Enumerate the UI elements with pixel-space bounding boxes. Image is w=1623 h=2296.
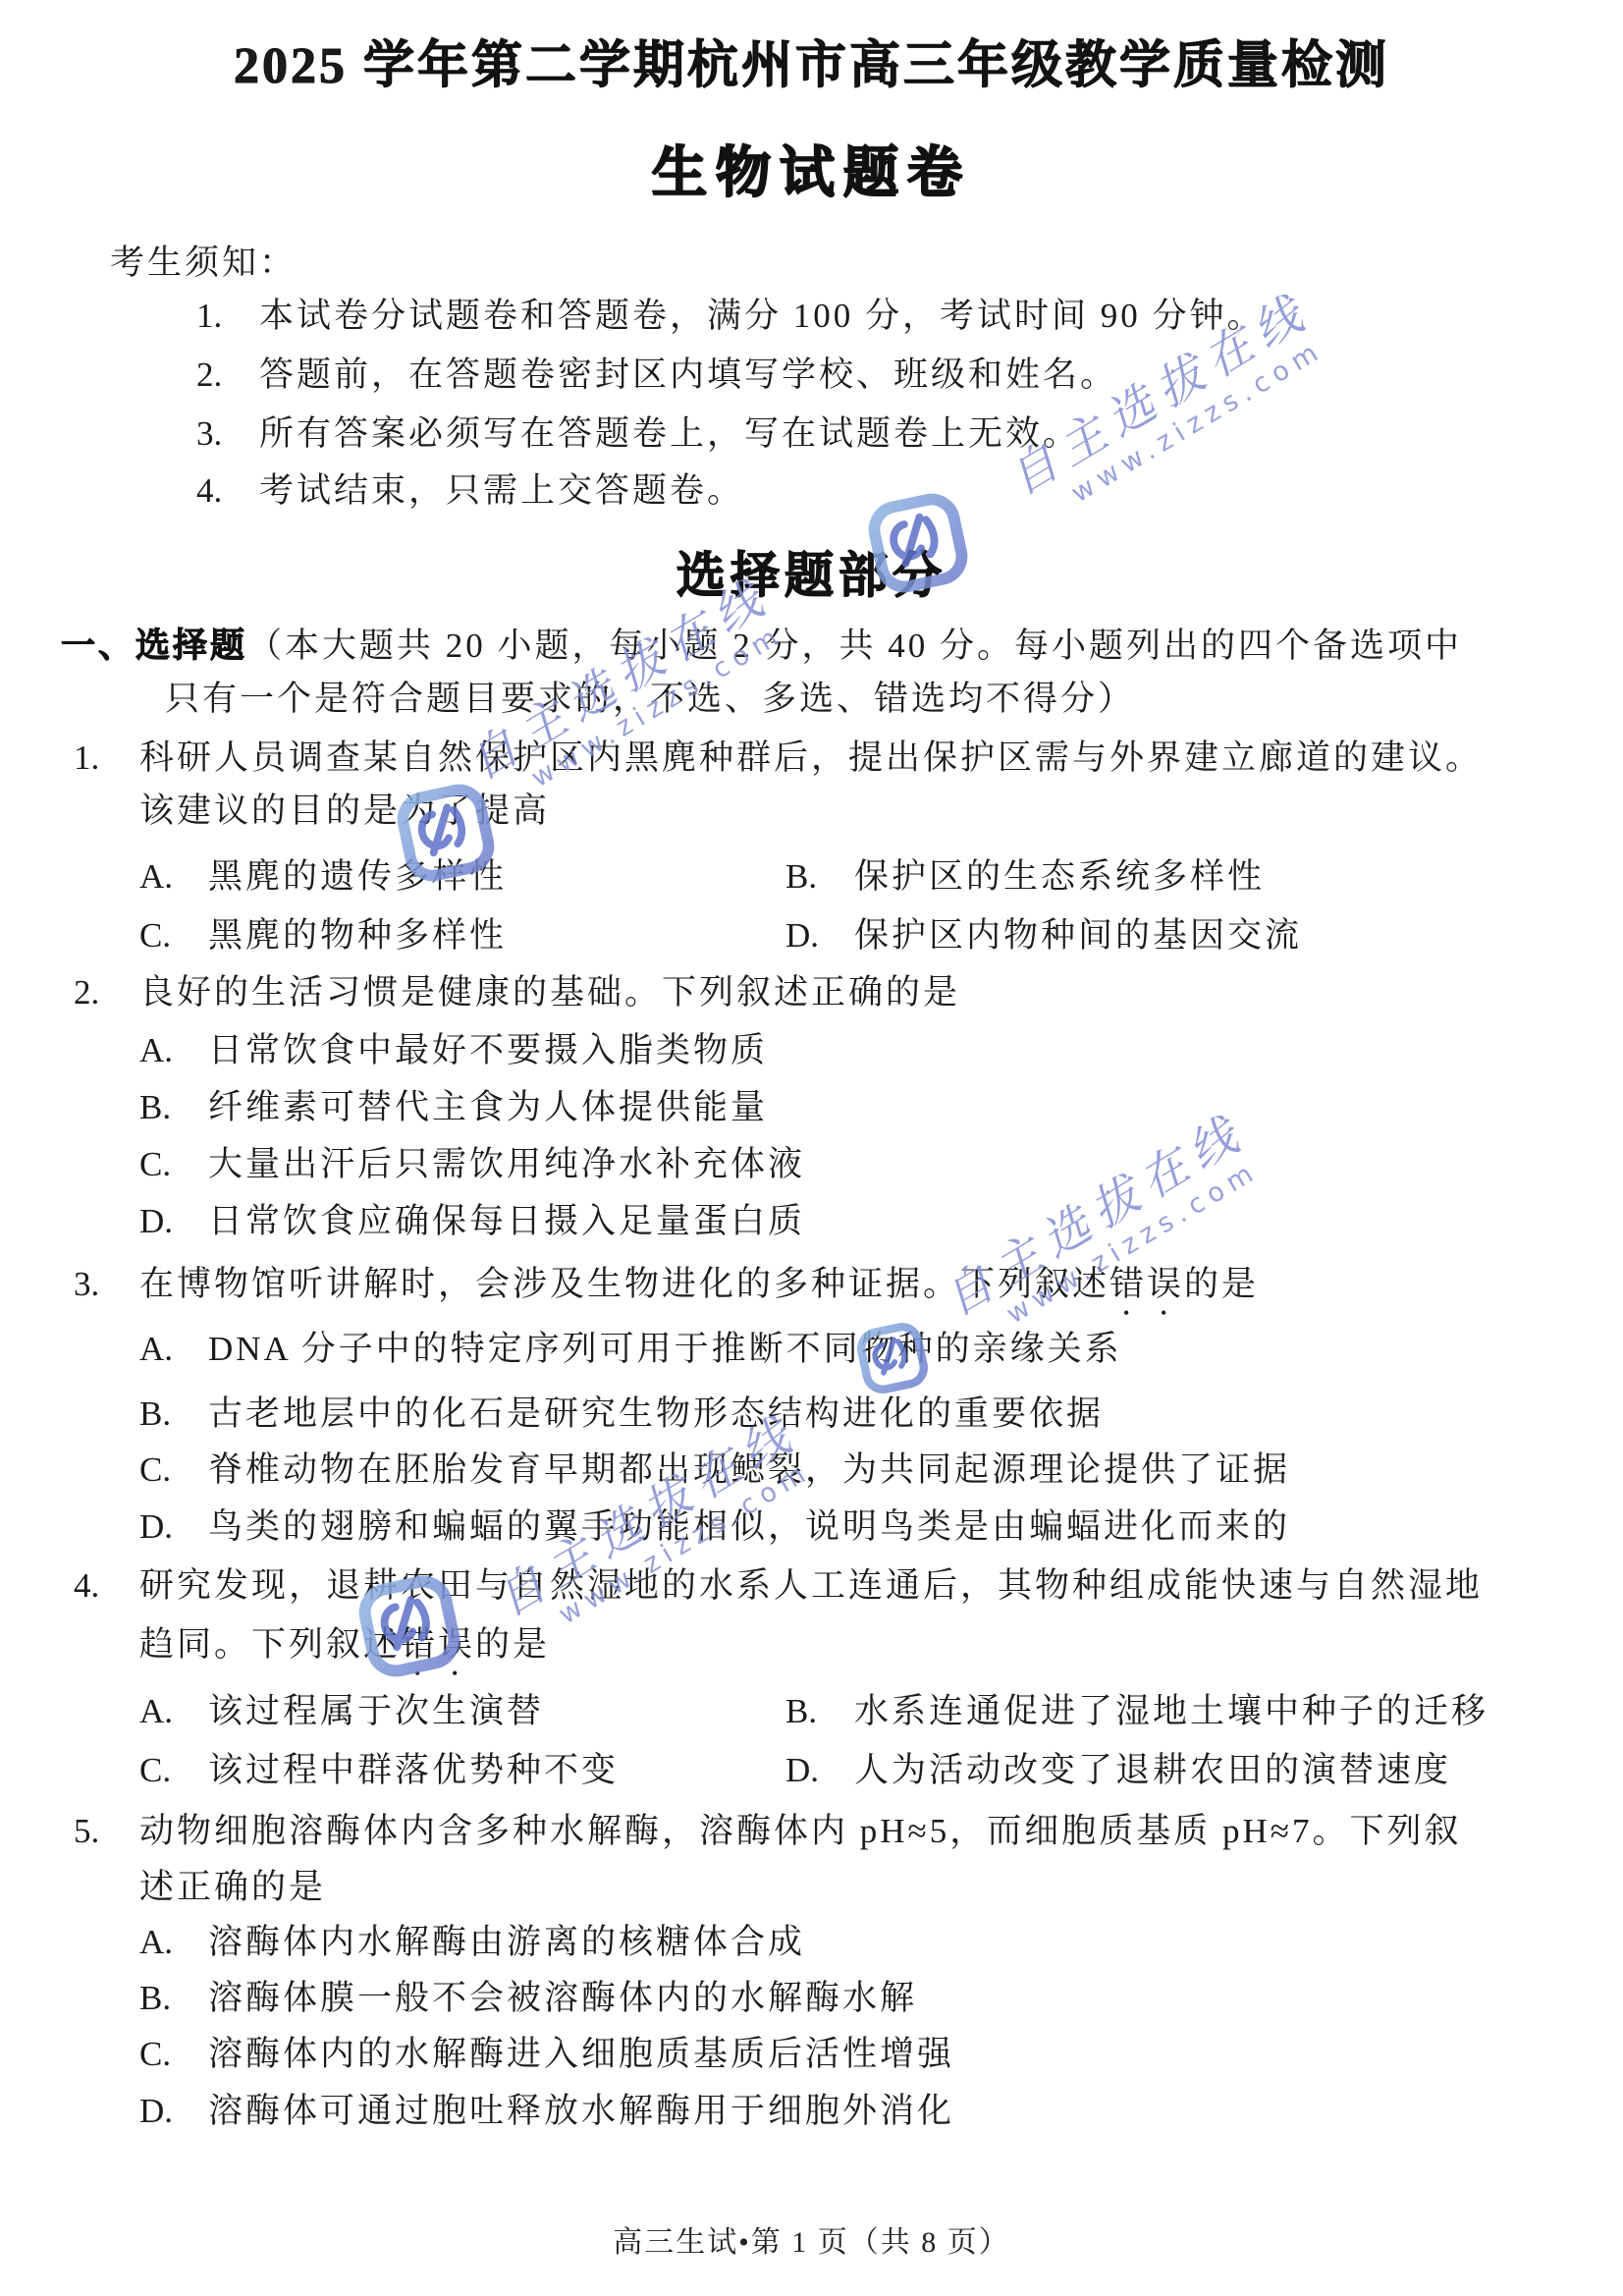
question-4-options-row-1: A.该过程属于次生演替 B.水系连通促进了湿地土壤中种子的迁移	[139, 1690, 544, 1733]
question-3-option-B: B.古老地层中的化石是研究生物形态结构进化的重要依据	[139, 1393, 1104, 1436]
question-5-stem-line-2: 述正确的是	[139, 1866, 326, 1926]
question-5-option-C: C.溶酶体内的水解酶进入细胞质基质后活性增强	[139, 2033, 954, 2076]
question-3-option-D: D.鸟类的翅膀和蝙蝠的翼手功能相似，说明鸟类是由蝙蝠进化而来的	[139, 1505, 1290, 1549]
exam-title: 2025 学年第二学期杭州市高三年级教学质量检测	[0, 24, 1623, 97]
question-number: 1.	[74, 737, 139, 780]
question-4-options-row-2: C.该过程中群落优势种不变 D.人为活动改变了退耕农田的演替速度	[139, 1749, 619, 1792]
question-3-option-C: C.脊椎动物在胚胎发育早期都出现鳃裂，为共同起源理论提供了证据	[139, 1449, 1290, 1492]
question-number: 2.	[74, 971, 139, 1014]
question-1-stem-line-1: 1.科研人员调查某自然保护区内黑麂种群后，提出保护区需与外界建立廊道的建议。	[74, 737, 1483, 796]
question-4-stem-line-1: 4.研究发现，退耕农田与自然湿地的水系人工连通后，其物种组成能快速与自然湿地	[74, 1564, 1483, 1624]
notice-item-4: 4.考试结束，只需上交答题卷。	[196, 464, 744, 513]
question-3-option-A: A.DNA 分子中的特定序列可用于推断不同物种的亲缘关系	[139, 1328, 1122, 1371]
question-number: 5.	[74, 1810, 139, 1853]
section-intro-label: 一、选择题	[61, 627, 247, 665]
exam-paper-page: 自主选拔在线 www.zizzs.com 自主选拔在线 www.zizzs.co…	[0, 0, 1623, 2296]
question-number: 4.	[74, 1564, 139, 1608]
notice-item-3: 3.所有答案必须写在答题卷上，写在试题卷上无效。	[196, 407, 1080, 456]
question-3-stem-line-1: 3.在博物馆听讲解时，会涉及生物进化的多种证据。下列叙述错误的是	[74, 1263, 1259, 1323]
notice-item-text: 所有答案必须写在答题卷上，写在试题卷上无效。	[259, 414, 1080, 453]
option-B: B.保护区的生态系统多样性	[785, 855, 1265, 899]
section-heading: 选择题部分	[0, 536, 1623, 607]
notice-item-number: 2.	[196, 355, 259, 395]
notice-item-text: 考试结束，只需上交答题卷。	[259, 471, 744, 510]
option-D: D.保护区内物种间的基因交流	[785, 914, 1302, 957]
question-2-option-D: D.日常饮食应确保每日摄入足量蛋白质	[139, 1200, 805, 1243]
notice-item-number: 4.	[196, 471, 259, 511]
page-footer: 高三生试•第 1 页（共 8 页）	[0, 2217, 1623, 2261]
notice-item-text: 本试卷分试题卷和答题卷，满分 100 分，考试时间 90 分钟。	[259, 297, 1265, 335]
option-D: D.人为活动改变了退耕农田的演替速度	[785, 1749, 1451, 1792]
question-5-stem-line-1: 5.动物细胞溶酶体内含多种水解酶，溶酶体内 pH≈5，而细胞质基质 pH≈7。下…	[74, 1810, 1461, 1870]
notice-item-number: 1.	[196, 297, 259, 336]
notice-item-2: 2.答题前，在答题卷密封区内填写学校、班级和姓名。	[196, 348, 1117, 397]
option-A: A.黑麂的遗传多样性	[139, 857, 507, 896]
question-2-option-A: A.日常饮食中最好不要摄入脂类物质	[139, 1029, 768, 1072]
section-intro-line-1: 一、选择题（本大题共 20 小题，每小题 2 分，共 40 分。每小题列出的四个…	[61, 625, 1462, 668]
question-2-stem-line-1: 2.良好的生活习惯是健康的基础。下列叙述正确的是	[74, 971, 960, 1031]
option-A: A.该过程属于次生演替	[139, 1692, 544, 1730]
question-number: 3.	[74, 1263, 139, 1306]
question-2-option-B: B.纤维素可替代主食为人体提供能量	[139, 1086, 768, 1129]
option-C: C.黑麂的物种多样性	[139, 916, 507, 955]
option-B: B.水系连通促进了湿地土壤中种子的迁移	[785, 1690, 1488, 1733]
section-intro-line-2: 只有一个是符合题目要求的，不选、多选、错选均不得分）	[165, 678, 1135, 721]
notice-item-number: 3.	[196, 414, 259, 454]
question-1-stem-line-2: 该建议的目的是为了提高	[139, 790, 550, 849]
option-C: C.该过程中群落优势种不变	[139, 1751, 619, 1789]
question-5-option-A: A.溶酶体内水解酶由游离的核糖体合成	[139, 1921, 805, 1964]
question-5-option-B: B.溶酶体膜一般不会被溶酶体内的水解酶水解	[139, 1977, 917, 2020]
question-1-options-row-2: C.黑麂的物种多样性 D.保护区内物种间的基因交流	[139, 914, 507, 957]
question-2-option-C: C.大量出汗后只需饮用纯净水补充体液	[139, 1143, 805, 1186]
question-4-stem-line-2: 趋同。下列叙述错误的是	[139, 1623, 550, 1683]
exam-subtitle: 生物试题卷	[0, 130, 1623, 208]
notice-item-1: 1.本试卷分试题卷和答题卷，满分 100 分，考试时间 90 分钟。	[196, 289, 1265, 338]
question-1-options-row-1: A.黑麂的遗传多样性 B.保护区的生态系统多样性	[139, 855, 507, 899]
notice-heading: 考生须知：	[110, 236, 297, 285]
notice-item-text: 答题前，在答题卷密封区内填写学校、班级和姓名。	[259, 355, 1117, 394]
question-5-option-D: D.溶酶体可通过胞吐释放水解酶用于细胞外消化	[139, 2090, 954, 2133]
